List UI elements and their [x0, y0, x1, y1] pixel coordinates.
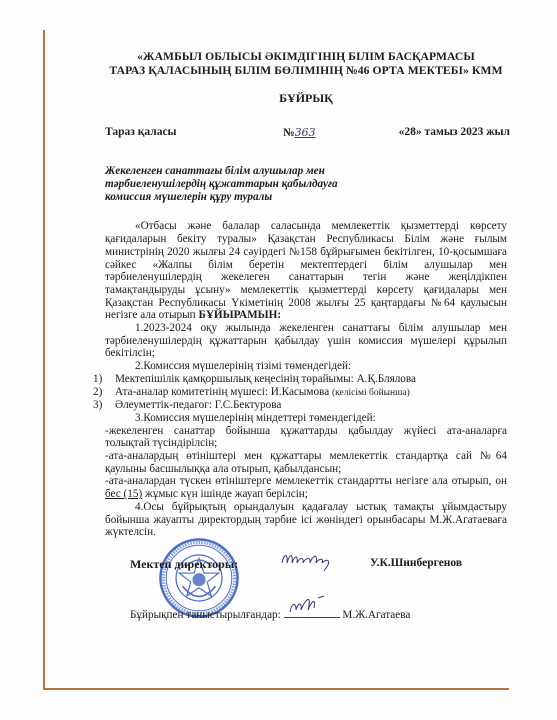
member-number: 2)	[93, 386, 102, 399]
preamble: «Отбасы және балалар саласында мемлекетт…	[105, 220, 507, 322]
acknowledgement-signature-icon	[286, 594, 340, 614]
page-border-bottom	[43, 688, 509, 690]
organization-line-1: «ЖАМБЫЛ ОБЛЫСЫ ӘКІМДІГІНІҢ БІЛІМ БАСҚАРМ…	[105, 50, 507, 64]
order-subject: Жекеленген санаттағы білім алушылар мен …	[105, 165, 507, 203]
document-page: «ЖАМБЫЛ ОБЛЫСЫ ӘКІМДІГІНІҢ БІЛІМ БАСҚАРМ…	[105, 50, 507, 539]
member-item: 2)Ата-аналар комитетінің мүшесі: И.Касым…	[93, 386, 507, 400]
item-4: 4.Осы бұйрықтың орындалуын қадағалау ыст…	[105, 501, 507, 539]
member-item: 3)Әлеуметтік-педагог: Г.С.Бектурова	[93, 399, 507, 412]
organization-header: «ЖАМБЫЛ ОБЛЫСЫ ӘКІМДІГІНІҢ БІЛІМ БАСҚАРМ…	[105, 50, 507, 78]
item-2: 2.Комиссия мүшелерінің тізімі төмендегід…	[105, 360, 507, 373]
duty-1: -жекеленген санаттар бойынша құжаттарды …	[105, 425, 507, 450]
city: Тараз қаласы	[105, 126, 177, 138]
order-meta: Тараз қаласы №363 «28» тамыз 2023 жыл	[105, 126, 507, 142]
order-body: «Отбасы және балалар саласында мемлекетт…	[105, 220, 507, 539]
subject-line-3: комиссия мүшелерін құру туралы	[105, 191, 507, 204]
acknowledgement-name: М.Ж.Агатаева	[342, 609, 410, 621]
acknowledgement-line: Бұйрықпен таныстырылғандар: М.Ж.Агатаева	[130, 606, 410, 621]
duty-3-text-b: жұмыс күн ішінде жауап берілсін;	[142, 488, 308, 500]
subject-line-2: тәрбиеленушілердің құжаттарын қабылдауға	[105, 178, 507, 191]
duty-3-text-a: -ата-аналардан түскен өтініштерге мемлек…	[105, 475, 507, 487]
order-title: БҰЙРЫҚ	[105, 91, 507, 106]
duty-3-underlined: бес (15)	[105, 488, 142, 500]
members-list: 1)Мектепішілік қамқоршылық кеңесінің төр…	[105, 373, 507, 412]
acknowledgement-signature-line	[284, 606, 340, 618]
item-1: 1.2023-2024 оқу жылында жекеленген санат…	[105, 322, 507, 360]
number-prefix: №	[283, 127, 295, 139]
order-number-handwritten: 363	[295, 126, 316, 139]
item-3: 3.Комиссия мүшелерінің міндеттері төменд…	[105, 412, 507, 425]
member-item: 1)Мектепішілік қамқоршылық кеңесінің төр…	[93, 373, 507, 386]
member-number: 3)	[93, 399, 102, 412]
acknowledgement-label: Бұйрықпен таныстырылғандар:	[130, 609, 281, 621]
page-border-left	[43, 30, 45, 690]
director-name: У.К.Шинбергенов	[370, 557, 462, 569]
duty-2: -ата-аналардың өтініштері мен құжаттары …	[105, 450, 507, 475]
preamble-text: «Отбасы және балалар саласында мемлекетт…	[105, 220, 507, 321]
member-text: Әлеуметтік-педагог: Г.С.Бектурова	[115, 399, 281, 411]
director-label: Мектеп директоры:	[130, 557, 238, 572]
member-text: Мектепішілік қамқоршылық кеңесінің төрай…	[115, 373, 416, 385]
member-number: 1)	[93, 373, 102, 386]
order-date: «28» тамыз 2023 жыл	[399, 126, 510, 138]
director-signature-icon	[278, 549, 348, 571]
order-number: №363	[283, 126, 316, 139]
member-text: Ата-аналар комитетінің мүшесі: И.Касымов…	[115, 386, 332, 398]
member-note: (келісімі бойынша)	[332, 388, 410, 398]
order-word: БҰЙЫРАМЫН:	[198, 309, 281, 321]
organization-line-2: ТАРАЗ ҚАЛАСЫНЫҢ БІЛІМ БӨЛІМІНІҢ №46 ОРТА…	[105, 64, 507, 78]
subject-line-1: Жекеленген санаттағы білім алушылар мен	[105, 165, 507, 178]
duty-3: -ата-аналардан түскен өтініштерге мемлек…	[105, 475, 507, 500]
